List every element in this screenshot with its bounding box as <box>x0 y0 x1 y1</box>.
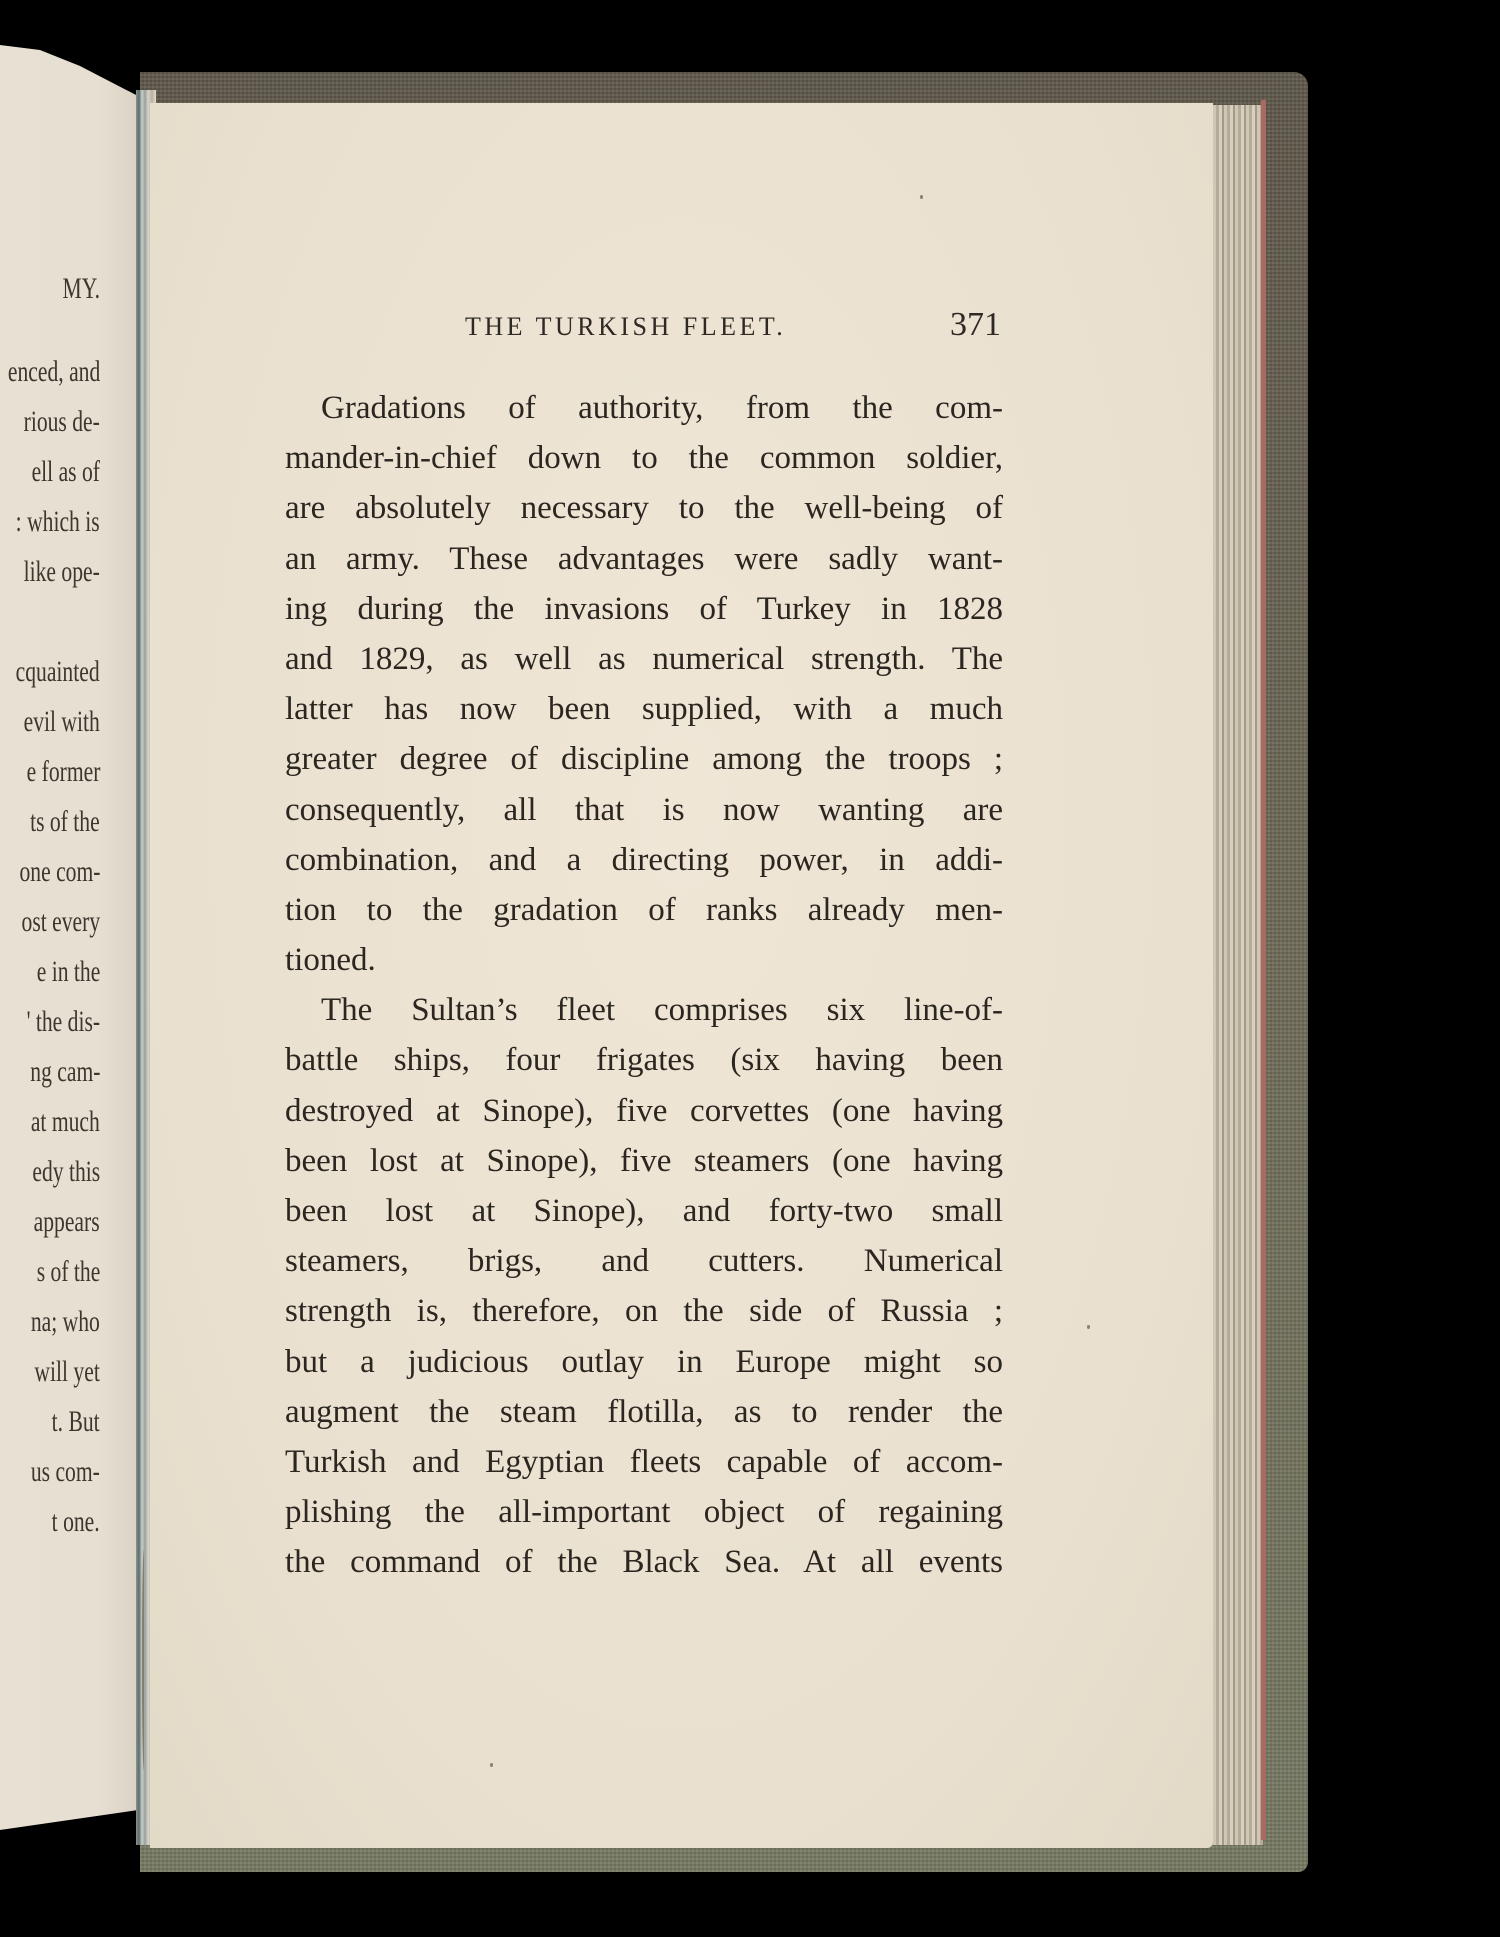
left-line: t. But <box>52 1405 100 1439</box>
text-line: are absolutely necessary to the well-bei… <box>285 483 1003 533</box>
red-page-edge <box>1261 100 1266 1840</box>
left-line: like ope- <box>24 555 100 589</box>
text-line: strength is, therefore, on the side of R… <box>285 1286 1003 1336</box>
text-line: plishing the all-important object of reg… <box>285 1487 1003 1537</box>
text-line: consequently, all that is now wanting ar… <box>285 785 1003 835</box>
left-line: e in the <box>36 955 100 989</box>
left-line: ts of the <box>30 805 100 839</box>
paper-speck <box>490 1763 493 1767</box>
text-line: an army. These advantages were sadly wan… <box>285 534 1003 584</box>
left-line: ' the dis- <box>27 1005 100 1039</box>
text-line: combination, and a directing power, in a… <box>285 835 1003 885</box>
paper-speck <box>1087 1325 1090 1329</box>
left-line: ell as of <box>32 455 100 489</box>
running-head-title: THE TURKISH FLEET. <box>465 312 786 342</box>
text-line: The Sultan’s fleet comprises six line-of… <box>285 985 1003 1035</box>
text-line: augment the steam flotilla, as to render… <box>285 1387 1003 1437</box>
text-line: been lost at Sinope), five steamers (one… <box>285 1136 1003 1186</box>
left-line: ost every <box>21 905 100 939</box>
left-line: t one. <box>52 1505 100 1539</box>
left-line: cquainted <box>16 655 100 689</box>
text-line: Gradations of authority, from the com- <box>285 383 1003 433</box>
text-line: ing during the invasions of Turkey in 18… <box>285 584 1003 634</box>
left-line: rious de- <box>24 405 100 439</box>
text-line: greater degree of discipline among the t… <box>285 734 1003 784</box>
page-number: 371 <box>950 306 1001 344</box>
text-line: Turkish and Egyptian fleets capable of a… <box>285 1437 1003 1487</box>
left-line: will yet <box>35 1355 100 1389</box>
text-line: steamers, brigs, and cutters. Numerical <box>285 1236 1003 1286</box>
text-line: but a judicious outlay in Europe might s… <box>285 1337 1003 1387</box>
left-line: s of the <box>36 1255 100 1289</box>
text-line: been lost at Sinope), and forty-two smal… <box>285 1186 1003 1236</box>
text-line: and 1829, as well as numerical strength.… <box>285 634 1003 684</box>
text-line: destroyed at Sinope), five corvettes (on… <box>285 1086 1003 1136</box>
text-line: latter has now been supplied, with a muc… <box>285 684 1003 734</box>
text-line: tioned. <box>285 935 1003 985</box>
text-line: mander-in-chief down to the common soldi… <box>285 433 1003 483</box>
text-line: tion to the gradation of ranks already m… <box>285 885 1003 935</box>
paper-speck <box>920 195 923 199</box>
left-line: na; who <box>31 1305 100 1339</box>
left-line: edy this <box>32 1155 100 1189</box>
left-line: at much <box>31 1105 100 1139</box>
left-line: us com- <box>31 1455 100 1489</box>
left-line: ng cam- <box>30 1055 100 1089</box>
text-line: battle ships, four frigates (six having … <box>285 1035 1003 1085</box>
page-block-edges <box>1205 105 1263 1845</box>
left-line: enced, and <box>8 355 100 389</box>
paragraph-1: Gradations of authority, from the com- m… <box>285 383 1003 985</box>
left-line: : which is <box>16 505 100 539</box>
left-line: one com- <box>19 855 100 889</box>
left-line: e former <box>26 755 100 789</box>
paragraph-2: The Sultan’s fleet comprises six line-of… <box>285 985 1003 1587</box>
left-line: evil with <box>24 705 100 739</box>
text-line: the command of the Black Sea. At all eve… <box>285 1537 1003 1587</box>
left-line: MY. <box>63 272 100 306</box>
left-page: MY. enced, and rious de- ell as of : whi… <box>0 0 140 1937</box>
running-head: THE TURKISH FLEET. 371 <box>465 312 1005 352</box>
body-text: Gradations of authority, from the com- m… <box>285 383 1003 1588</box>
page-fold-crease <box>142 1550 147 1770</box>
left-line: appears <box>34 1205 100 1239</box>
